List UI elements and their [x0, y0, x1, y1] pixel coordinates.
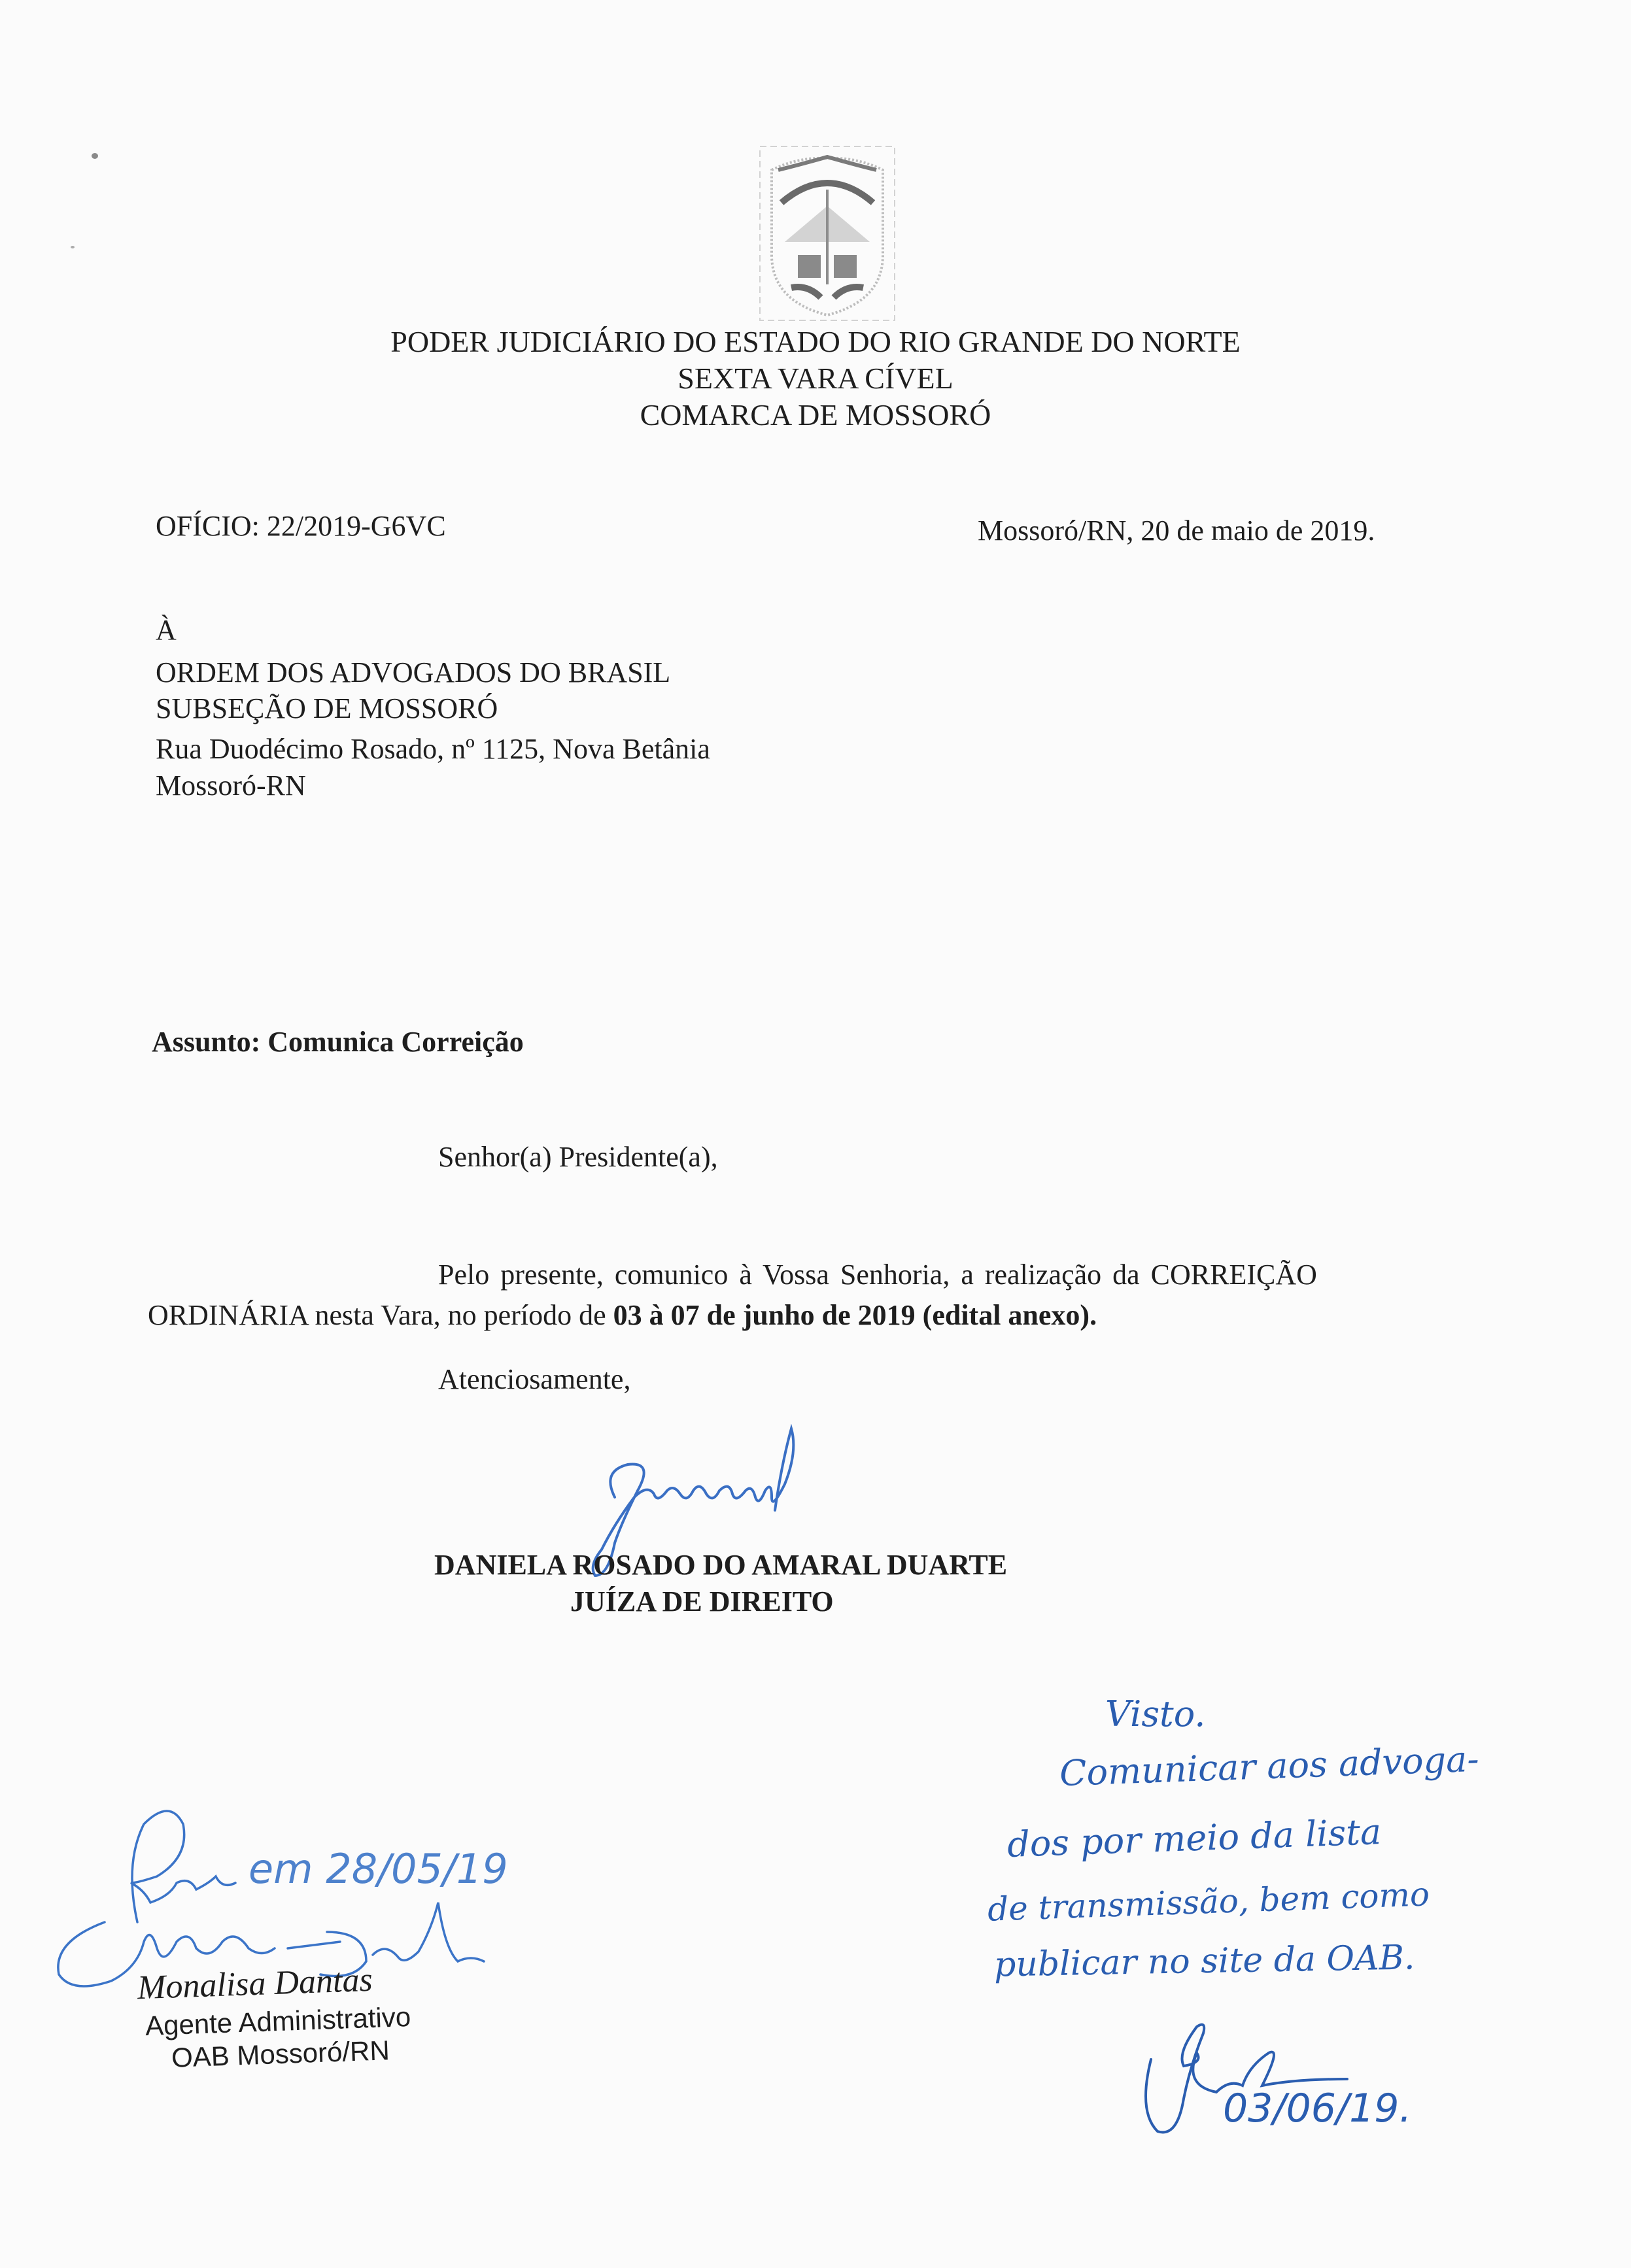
oficio-number: OFÍCIO: 22/2019-G6VC — [156, 512, 446, 541]
recipient-city: Mossoró-RN — [156, 771, 306, 800]
svg-text:em 28/05/19: em 28/05/19 — [249, 1845, 508, 1893]
dispatch-note-line: publicar no site da OAB. — [994, 1938, 1415, 1984]
recipient-street: Rua Duodécimo Rosado, nº 1125, Nova Betâ… — [156, 735, 710, 764]
dispatch-note-line: Visto. — [1105, 1693, 1205, 1735]
dispatch-note-line: Comunicar aos advoga- — [1059, 1738, 1479, 1794]
dispatch-note-line: dos por meio da lista — [1006, 1811, 1382, 1865]
court-name-heading: PODER JUDICIÁRIO DO ESTADO DO RIO GRANDE… — [0, 327, 1631, 357]
scan-speck — [92, 153, 98, 159]
place-date: Mossoró/RN, 20 de maio de 2019. — [978, 516, 1375, 545]
scan-speck — [71, 246, 75, 248]
dispatch-note-line: de transmissão, bem como — [987, 1875, 1430, 1929]
greeting: Senhor(a) Presidente(a), — [438, 1143, 718, 1172]
signatory-title: JUÍZA DE DIREITO — [570, 1587, 834, 1616]
court-district-heading: COMARCA DE MOSSORÓ — [0, 400, 1631, 430]
subject-value: Comunica Correição — [267, 1026, 523, 1058]
subject-label: Assunto: — [152, 1026, 260, 1058]
recipient-branch: SUBSEÇÃO DE MOSSORÓ — [156, 694, 498, 723]
recipient-prefix: À — [156, 616, 177, 645]
receipt-org: OAB Mossoró/RN — [171, 2035, 390, 2074]
dispatch-date: 03/06/19. — [1223, 2086, 1412, 2131]
body-paragraph-text: ORDINÁRIA nesta Vara, no período de — [148, 1299, 613, 1331]
body-paragraph-line2: ORDINÁRIA nesta Vara, no período de 03 à… — [148, 1301, 1097, 1330]
closing: Atenciosamente, — [438, 1365, 630, 1394]
signatory-name: DANIELA ROSADO DO AMARAL DUARTE — [434, 1551, 1007, 1580]
court-division-heading: SEXTA VARA CÍVEL — [0, 364, 1631, 394]
body-paragraph-line1: Pelo presente, comunico à Vossa Senhoria… — [438, 1261, 1317, 1289]
correicao-period: 03 à 07 de junho de 2019 (edital anexo). — [613, 1299, 1097, 1331]
subject-line: Assunto: Comunica Correição — [152, 1028, 524, 1057]
court-coat-of-arms-icon — [759, 144, 896, 324]
receipt-name: Monalisa Dantas — [137, 1961, 373, 2008]
recipient-org: ORDEM DOS ADVOGADOS DO BRASIL — [156, 658, 670, 687]
